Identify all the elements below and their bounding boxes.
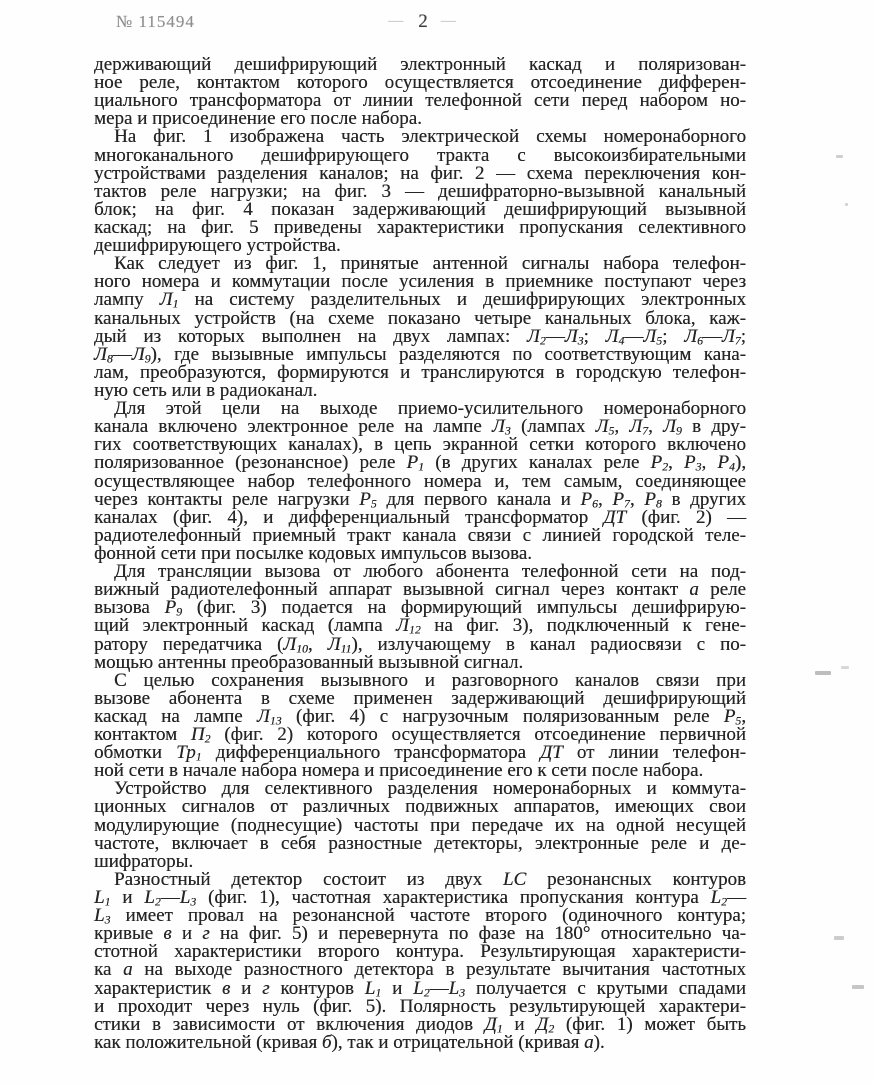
paragraph-2: На фиг. 1 изображена часть электрической… (94, 128, 746, 255)
text-line: ка а на выходе разностного детектора в р… (94, 961, 746, 979)
text-line: мощью антенны преобразованный вызывной с… (94, 654, 746, 672)
scan-speck (841, 666, 849, 669)
text-line: характеристик в и г контуров L1 и L2—L3 … (94, 980, 746, 998)
text-line: лампу Л1 на систему разделительных и деш… (94, 291, 746, 309)
scan-speck (834, 936, 844, 940)
text-line: ратору передатчика (Л10, Л11), излучающе… (94, 636, 746, 654)
scan-speck (852, 985, 864, 989)
scanned-page: № 115494 —2— держивающий дешифрирующий э… (0, 0, 874, 1084)
page-number-value: 2 (418, 11, 428, 32)
text-line: модулирующие (поднесущие) частоты при пе… (94, 817, 746, 835)
text-line: поляризованное (резонансное) реле Р1 (в … (94, 454, 746, 472)
paragraph-5: Для трансляции вызова от любого абонента… (94, 563, 746, 672)
paragraph-1: держивающий дешифрирующий электронный ка… (94, 56, 746, 128)
page-number-dash-left: — (388, 13, 405, 29)
text-line: На фиг. 1 изображена часть электрической… (94, 128, 746, 146)
text-line: ционных сигналов от различных подвижных … (94, 798, 746, 816)
scan-speck (815, 671, 831, 675)
patent-number: № 115494 (116, 12, 195, 32)
paragraph-7: Устройство для селективного разделения н… (94, 780, 746, 871)
text-line: как положительной (кривая б), так и отри… (94, 1034, 746, 1052)
scan-speck (845, 203, 848, 206)
document-body-text: держивающий дешифрирующий электронный ка… (94, 56, 746, 1052)
paragraph-8: Разностный детектор состоит из двух LC р… (94, 871, 746, 1052)
paragraph-3: Как следует из фиг. 1, принятые антенной… (94, 255, 746, 400)
text-line: осуществляющее набор телефонного номера … (94, 473, 746, 491)
text-line: многоканального дешифрирующего тракта с … (94, 147, 746, 165)
page-number: —2— (363, 11, 483, 33)
page-number-dash-right: — (441, 13, 458, 29)
scan-speck (836, 155, 843, 158)
paragraph-6: С целью сохранения вызывного и разговорн… (94, 672, 746, 781)
text-line: щий электронный каскад (лампа Л12 на фиг… (94, 617, 746, 635)
text-line: канальных устройств (на схеме показано ч… (94, 310, 746, 328)
paragraph-4: Для этой цели на выходе приемо-усилитель… (94, 400, 746, 563)
